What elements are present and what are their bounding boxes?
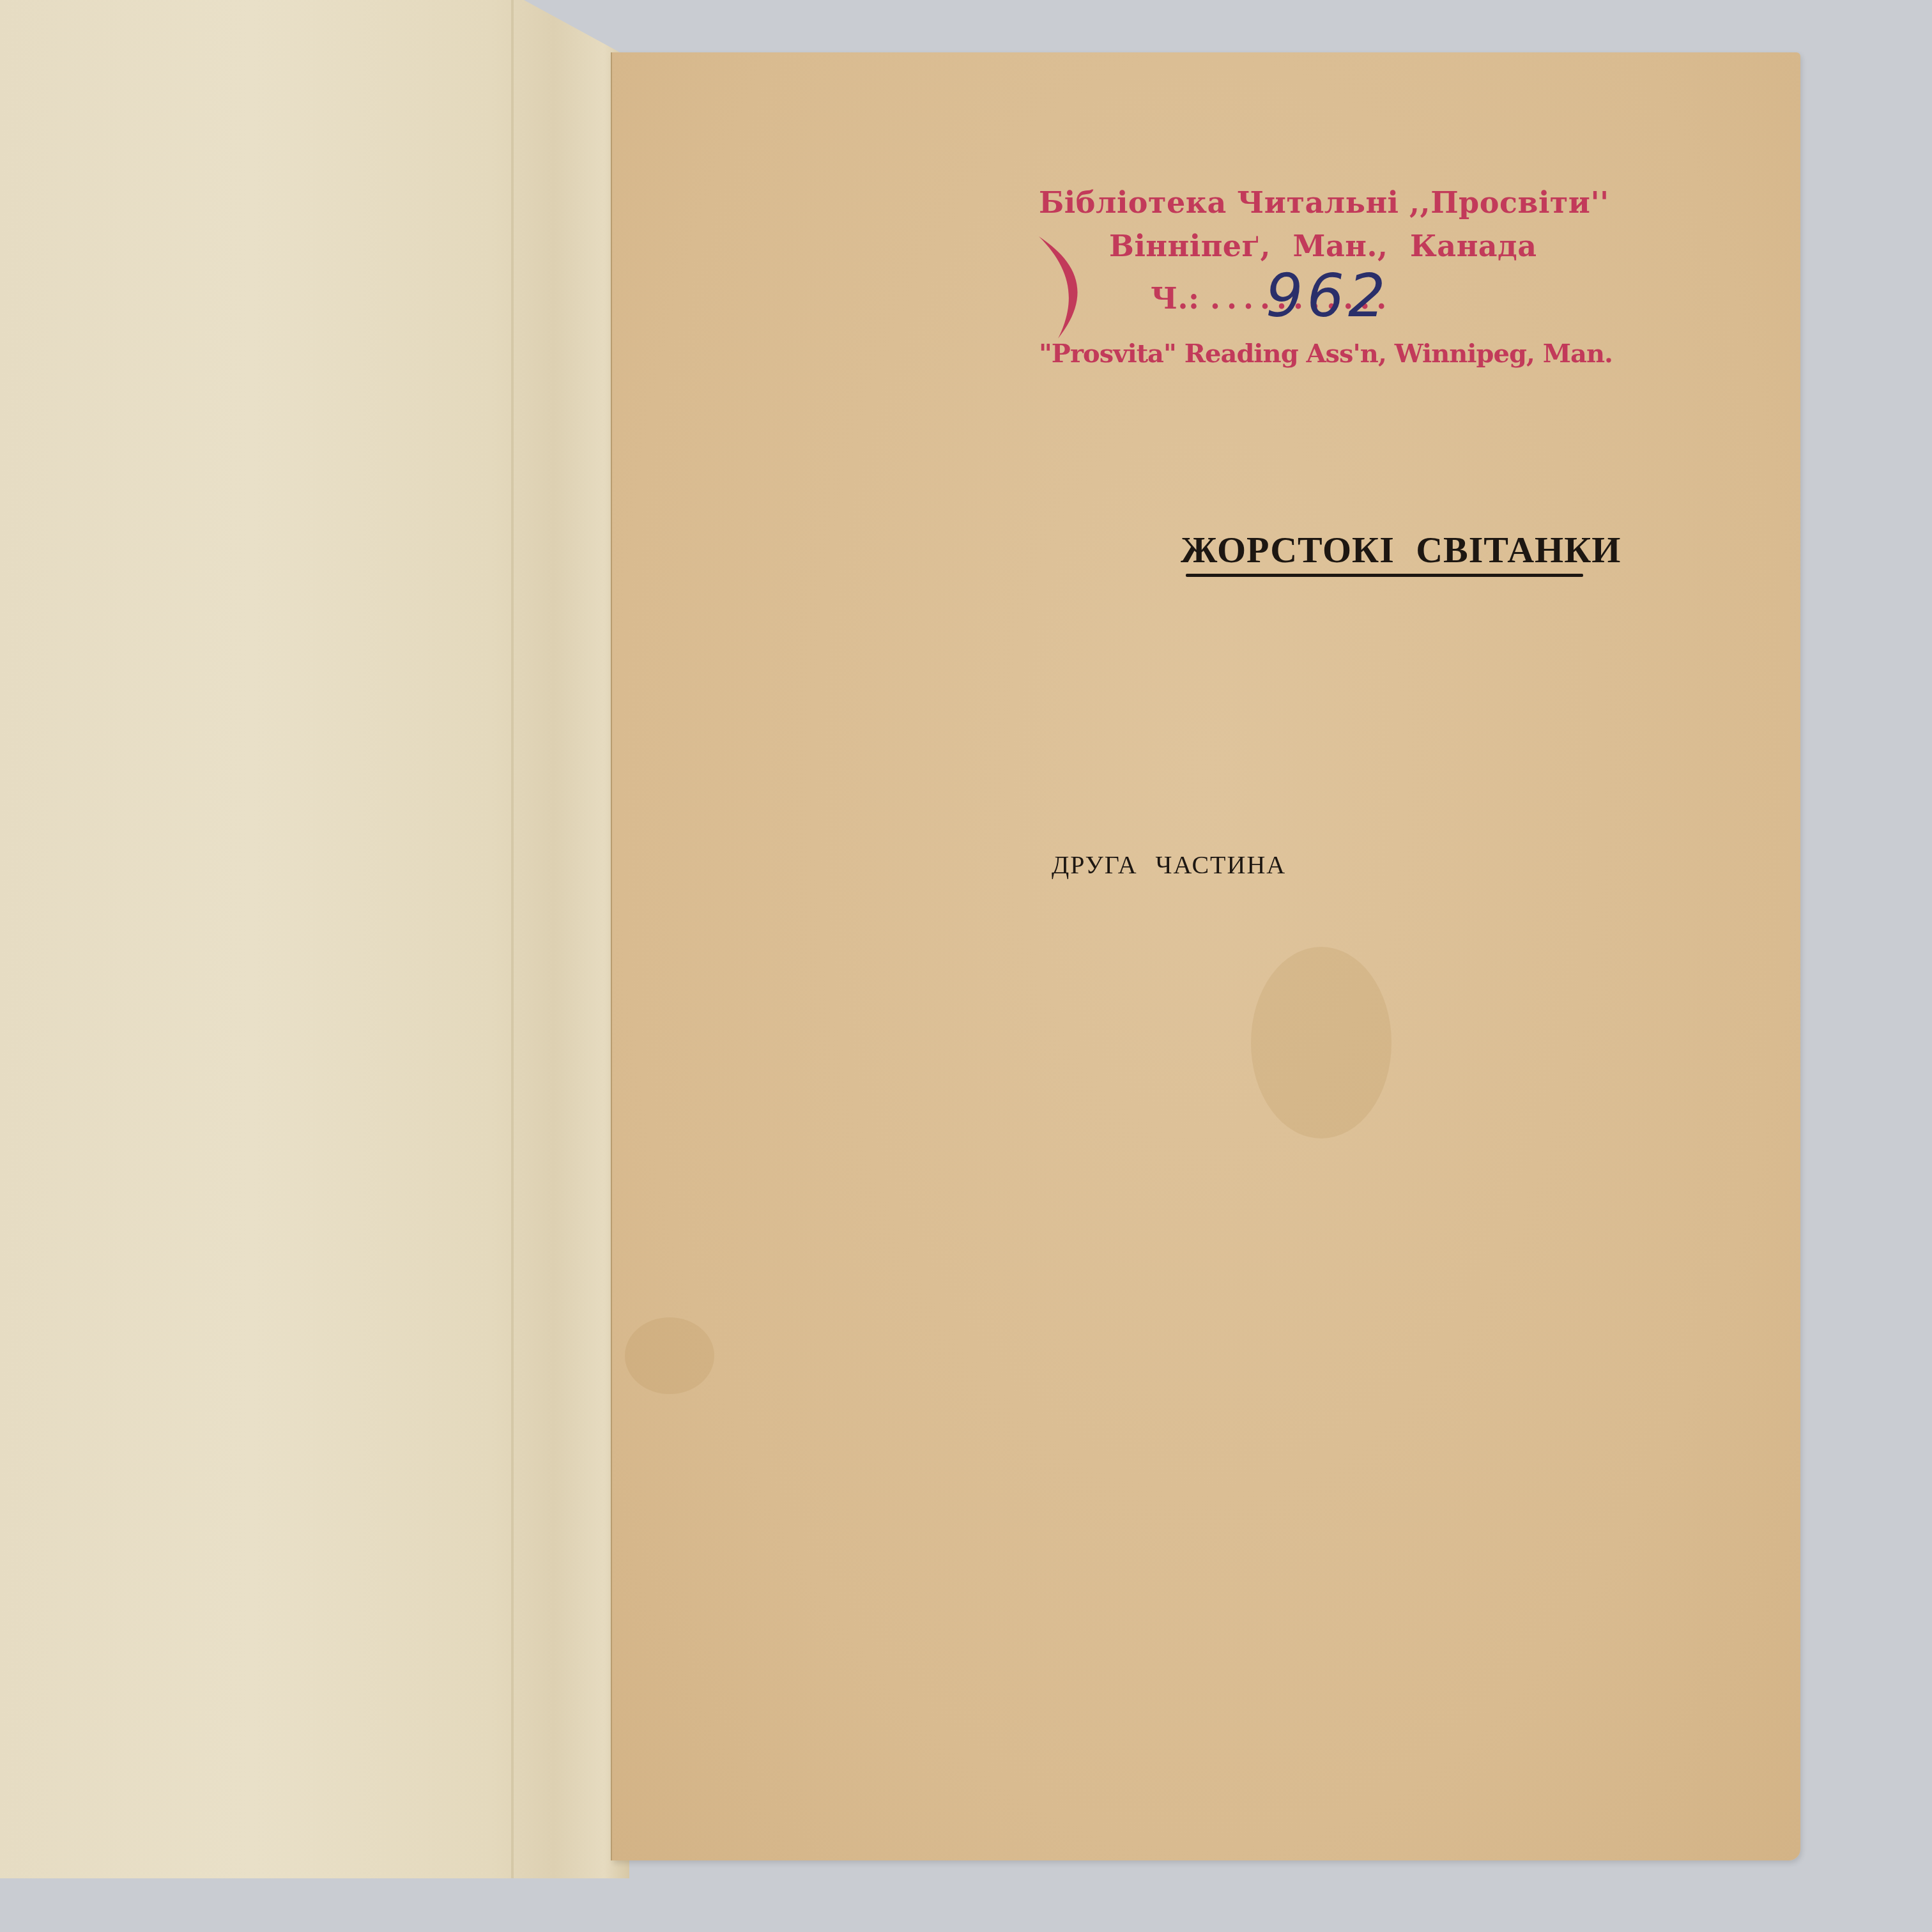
page-crease [511, 0, 514, 1878]
paper-stain [1251, 947, 1391, 1138]
stamp-line-city: Вінніпеґ, Ман., Канада [1109, 229, 1537, 263]
crescent-moon-icon [1032, 236, 1103, 339]
left-page [0, 0, 629, 1878]
book-part-label: ДРУГА ЧАСТИНА [1052, 850, 1286, 880]
library-stamp: Бібліотека Читальні ,,Просвіти'' Вінніпе… [1039, 185, 1588, 441]
stamp-line-english: "Prosvita" Reading Ass'n, Winnipeg, Man. [1039, 339, 1613, 369]
handwritten-catalog-number: 962 [1266, 262, 1390, 330]
title-underline [1186, 574, 1583, 577]
book-title: ЖОРСТОКІ СВІТАНКИ [1181, 528, 1621, 571]
stamp-line-library: Бібліотека Читальні ,,Просвіти'' [1039, 185, 1609, 220]
stamp-number-label: Ч.: [1151, 281, 1200, 316]
right-page: Бібліотека Читальні ,,Просвіти'' Вінніпе… [612, 52, 1800, 1860]
paper-stain [625, 1317, 714, 1394]
